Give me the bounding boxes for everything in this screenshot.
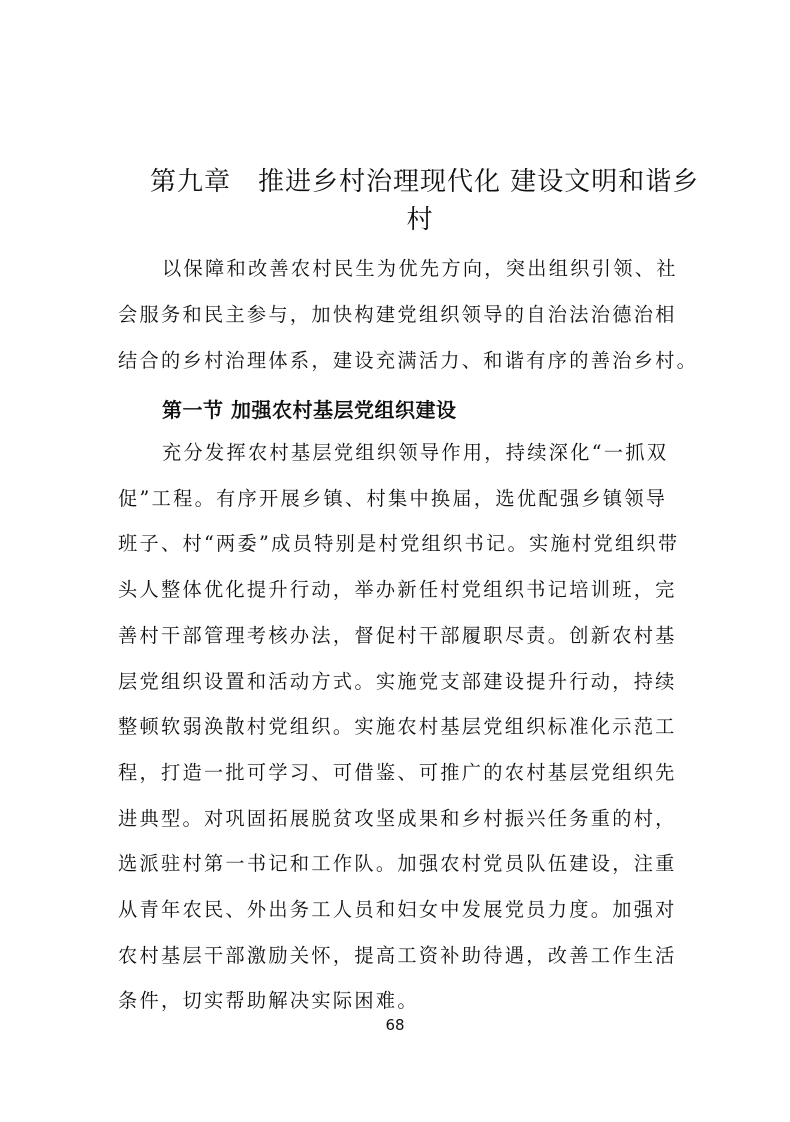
paragraph-line: 班子、村“两委”成员特别是村党组织书记。实施村党组织带 (118, 521, 678, 567)
paragraph-line: 充分发挥农村基层党组织领导作用，持续深化“一抓双 (118, 430, 678, 476)
paragraph-line: 选派驻村第一书记和工作队。加强农村党员队伍建设，注重 (118, 841, 678, 887)
chapter-title-line: 村 (150, 201, 690, 239)
chapter-title: 第九章 推进乡村治理现代化 建设文明和谐乡 村 (150, 163, 690, 239)
paragraph-line: 结合的乡村治理体系，建设充满活力、和谐有序的善治乡村。 (118, 338, 678, 384)
paragraph-line: 从青年农民、外出务工人员和妇女中发展党员力度。加强对 (118, 887, 678, 933)
paragraph-line: 善村干部管理考核办法，督促村干部履职尽责。创新农村基 (118, 613, 678, 659)
paragraph-line: 层党组织设置和活动方式。实施党支部建设提升行动，持续 (118, 659, 678, 705)
chapter-title-line: 第九章 推进乡村治理现代化 建设文明和谐乡 (150, 163, 690, 201)
paragraph-line: 农村基层干部激励关怀，提高工资补助待遇，改善工作生活 (118, 933, 678, 979)
paragraph-line: 程，打造一批可学习、可借鉴、可推广的农村基层党组织先 (118, 750, 678, 796)
paragraph-line: 会服务和民主参与，加快构建党组织领导的自治法治德治相 (118, 292, 678, 338)
paragraph-line: 以保障和改善农村民生为优先方向，突出组织引领、社 (118, 246, 678, 292)
section-title: 第一节 加强农村基层党组织建设 (162, 395, 456, 425)
intro-paragraph: 以保障和改善农村民生为优先方向，突出组织引领、社 会服务和民主参与，加快构建党组… (118, 246, 678, 384)
document-page: 第九章 推进乡村治理现代化 建设文明和谐乡 村 以保障和改善农村民生为优先方向，… (0, 0, 790, 1122)
paragraph-line: 整顿软弱涣散村党组织。实施农村基层党组织标准化示范工 (118, 704, 678, 750)
section-paragraph: 充分发挥农村基层党组织领导作用，持续深化“一抓双 促”工程。有序开展乡镇、村集中… (118, 430, 678, 1024)
paragraph-line: 促”工程。有序开展乡镇、村集中换届，选优配强乡镇领导 (118, 476, 678, 522)
page-number: 68 (0, 1016, 790, 1034)
paragraph-line: 头人整体优化提升行动，举办新任村党组织书记培训班，完 (118, 567, 678, 613)
paragraph-line: 进典型。对巩固拓展脱贫攻坚成果和乡村振兴任务重的村， (118, 796, 678, 842)
